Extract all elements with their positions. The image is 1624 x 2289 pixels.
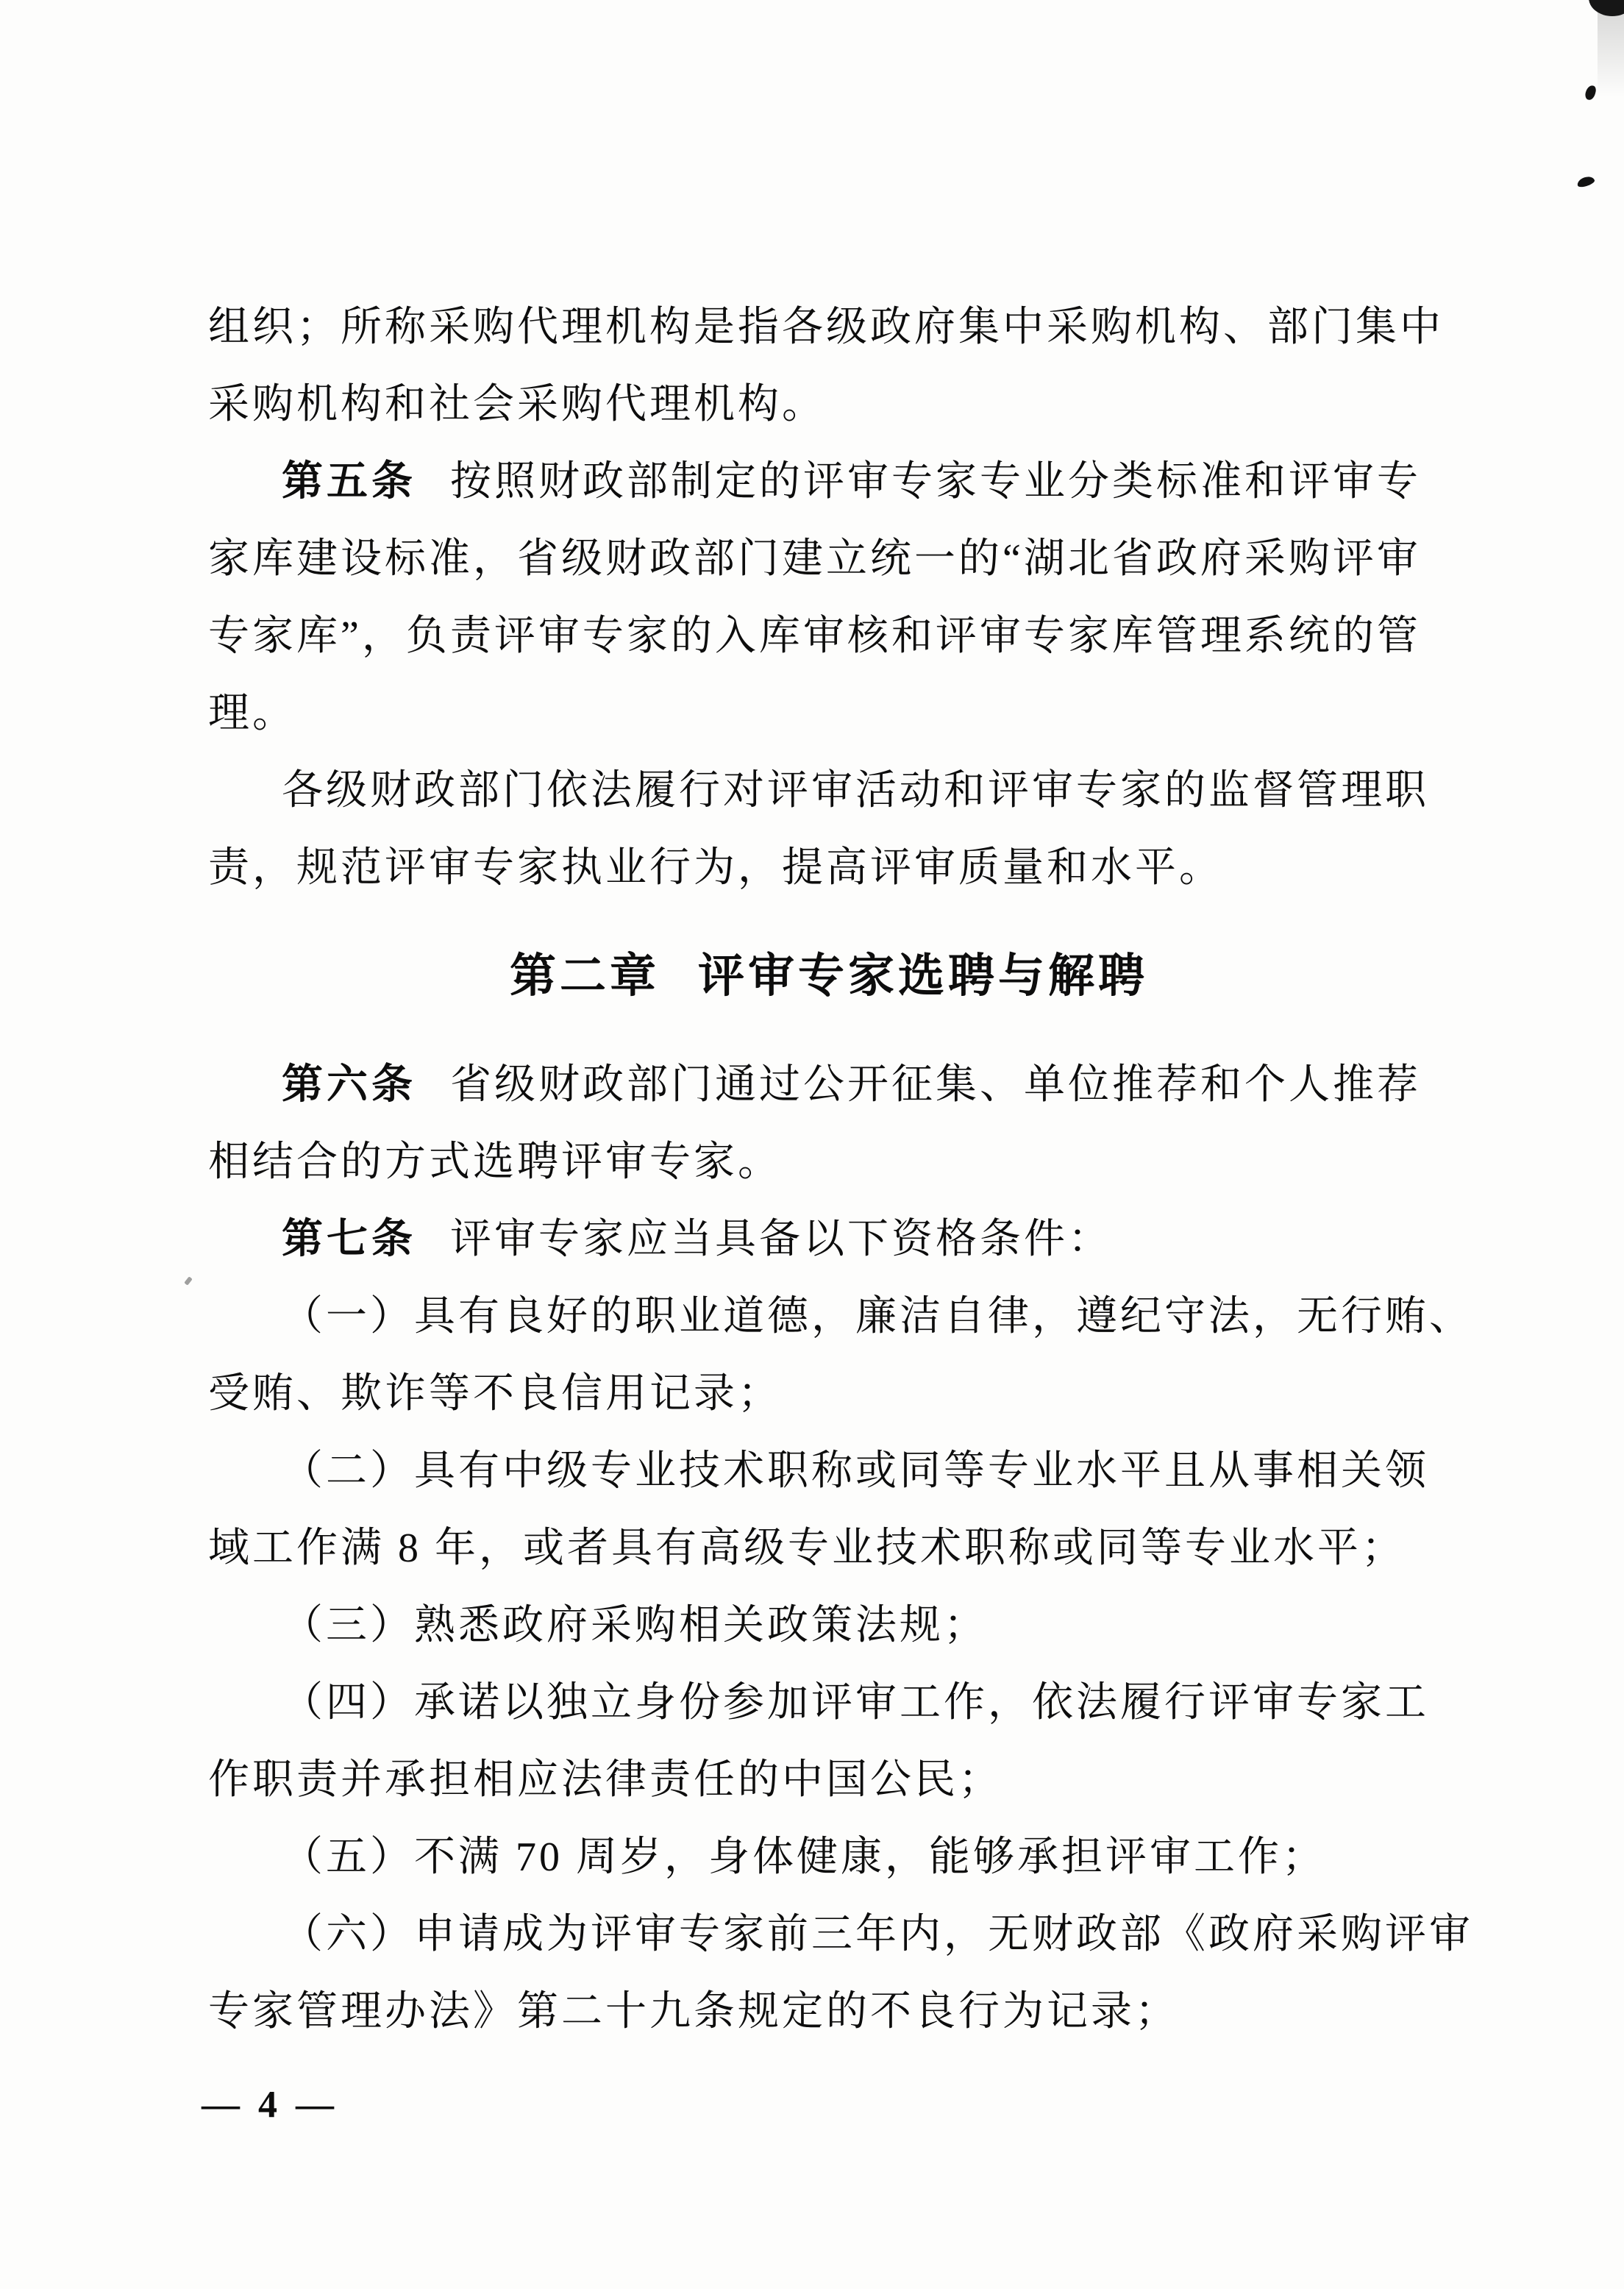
scan-speck-artifact: [184, 1276, 193, 1285]
chapter-heading: 第二章评审专家选聘与解聘: [208, 938, 1450, 1015]
doc-line: （二）具有中级专业技术职称或同等专业水平且从事相关领: [208, 1433, 1450, 1510]
article-number: 第七条: [282, 1217, 416, 1262]
scan-dot-artifact: [1584, 85, 1597, 102]
doc-line: （四）承诺以独立身份参加评审工作，依法履行评审专家工: [208, 1665, 1450, 1742]
document-body: 组织；所称采购代理机构是指各级政府集中采购机构、部门集中 采购机构和社会采购代理…: [208, 289, 1450, 2051]
scanned-document-page: 组织；所称采购代理机构是指各级政府集中采购机构、部门集中 采购机构和社会采购代理…: [0, 0, 1624, 2289]
doc-line-text: 评审专家应当具备以下资格条件：: [450, 1217, 1112, 1262]
doc-line-article-7: 第七条评审专家应当具备以下资格条件：: [208, 1201, 1450, 1278]
scan-comma-artifact: [1576, 175, 1596, 189]
doc-line-text: 按照财政部制定的评审专家专业分类标准和评审专: [450, 459, 1421, 505]
article-number: 第五条: [282, 459, 416, 505]
doc-line: 专家库”，负责评审专家的入库审核和评审专家库管理系统的管: [208, 598, 1450, 675]
doc-line: 采购机构和社会采购代理机构。: [208, 366, 1450, 444]
doc-line: 责，规范评审专家执业行为，提高评审质量和水平。: [208, 830, 1450, 907]
page-number: — 4 —: [202, 2083, 338, 2127]
doc-line: 各级财政部门依法履行对评审活动和评审专家的监督管理职: [208, 752, 1450, 830]
scan-corner-blob-artifact: [1589, 0, 1624, 16]
doc-line: （一）具有良好的职业道德，廉洁自律，遵纪守法，无行贿、: [208, 1278, 1450, 1356]
doc-line: 域工作满 8 年，或者具有高级专业技术职称或同等专业水平；: [208, 1510, 1450, 1587]
doc-line: 作职责并承担相应法律责任的中国公民；: [208, 1742, 1450, 1819]
doc-line: （三）熟悉政府采购相关政策法规；: [208, 1587, 1450, 1665]
doc-line: 受贿、欺诈等不良信用记录；: [208, 1356, 1450, 1433]
chapter-title: 评审专家选聘与解聘: [698, 950, 1148, 1002]
doc-line: 专家管理办法》第二十九条规定的不良行为记录；: [208, 1973, 1450, 2051]
chapter-number: 第二章: [510, 950, 660, 1002]
doc-line: 理。: [208, 675, 1450, 752]
doc-line: （六）申请成为评审专家前三年内，无财政部《政府采购评审: [208, 1896, 1450, 1973]
doc-line: 相结合的方式选聘评审专家。: [208, 1124, 1450, 1201]
article-number: 第六条: [282, 1062, 416, 1108]
doc-line: （五）不满 70 周岁，身体健康，能够承担评审工作；: [208, 1819, 1450, 1896]
doc-line-article-5: 第五条按照财政部制定的评审专家专业分类标准和评审专: [208, 444, 1450, 521]
doc-line-text: 省级财政部门通过公开征集、单位推荐和个人推荐: [450, 1062, 1421, 1108]
doc-line: 组织；所称采购代理机构是指各级政府集中采购机构、部门集中: [208, 289, 1450, 366]
doc-line-article-6: 第六条省级财政部门通过公开征集、单位推荐和个人推荐: [208, 1047, 1450, 1124]
doc-line: 家库建设标准，省级财政部门建立统一的“湖北省政府采购评审: [208, 521, 1450, 598]
